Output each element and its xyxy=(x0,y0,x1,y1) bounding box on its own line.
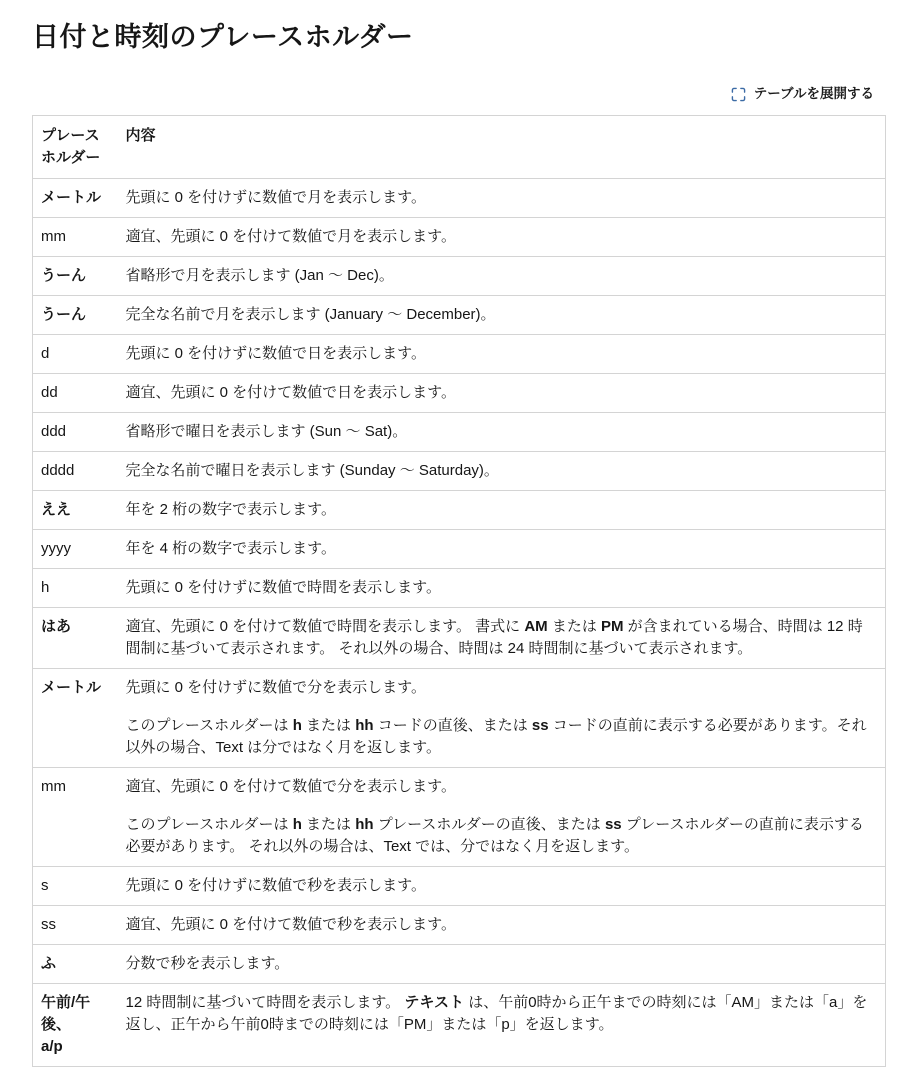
content-cell: 分数で秒を表示します。 xyxy=(118,945,886,984)
table-row: はあ適宜、先頭に 0 を付けて数値で時間を表示します。 書式に AM または P… xyxy=(33,608,886,669)
table-row: 午前/午後、 a/p12 時間制に基づいて時間を表示します。 テキスト は、午前… xyxy=(33,984,886,1067)
placeholder-cell: はあ xyxy=(33,608,118,669)
placeholder-cell: mm xyxy=(33,768,118,867)
expand-table-button[interactable]: テーブルを展開する xyxy=(731,84,886,104)
table-row: うーん完全な名前で月を表示します (January ～ December)。 xyxy=(33,296,886,335)
placeholder-cell: dddd xyxy=(33,452,118,491)
page-title: 日付と時刻のプレースホルダー xyxy=(32,20,886,54)
content-cell: 完全な名前で月を表示します (January ～ December)。 xyxy=(118,296,886,335)
table-row: d先頭に 0 を付けずに数値で日を表示します。 xyxy=(33,335,886,374)
table-row: mm適宜、先頭に 0 を付けて数値で月を表示します。 xyxy=(33,218,886,257)
content-cell: 先頭に 0 を付けずに数値で日を表示します。 xyxy=(118,335,886,374)
table-row: mm適宜、先頭に 0 を付けて数値で分を表示します。このプレースホルダーは h … xyxy=(33,768,886,867)
table-row: ss適宜、先頭に 0 を付けて数値で秒を表示します。 xyxy=(33,906,886,945)
table-body: メートル先頭に 0 を付けずに数値で月を表示します。mm適宜、先頭に 0 を付け… xyxy=(33,179,886,1067)
page: 日付と時刻のプレースホルダー テーブルを展開する プレースホルダー 内容 メート… xyxy=(0,0,910,1067)
placeholder-cell: 午前/午後、 a/p xyxy=(33,984,118,1067)
content-cell: 12 時間制に基づいて時間を表示します。 テキスト は、午前0時から正午までの時… xyxy=(118,984,886,1067)
table-row: ddd省略形で曜日を表示します (Sun ～ Sat)。 xyxy=(33,413,886,452)
placeholders-table: プレースホルダー 内容 メートル先頭に 0 を付けずに数値で月を表示します。mm… xyxy=(32,115,886,1067)
header-content-column: 内容 xyxy=(118,116,886,179)
table-row: dd適宜、先頭に 0 を付けて数値で日を表示します。 xyxy=(33,374,886,413)
table-row: s先頭に 0 を付けずに数値で秒を表示します。 xyxy=(33,867,886,906)
placeholder-cell: うーん xyxy=(33,257,118,296)
content-cell: 先頭に 0 を付けずに数値で秒を表示します。 xyxy=(118,867,886,906)
table-row: メートル先頭に 0 を付けずに数値で分を表示します。このプレースホルダーは h … xyxy=(33,669,886,768)
content-cell: 先頭に 0 を付けずに数値で月を表示します。 xyxy=(118,179,886,218)
content-cell: 完全な名前で曜日を表示します (Sunday ～ Saturday)。 xyxy=(118,452,886,491)
placeholder-cell: ええ xyxy=(33,491,118,530)
content-cell: 適宜、先頭に 0 を付けて数値で日を表示します。 xyxy=(118,374,886,413)
placeholder-cell: dd xyxy=(33,374,118,413)
table-header-row: プレースホルダー 内容 xyxy=(33,116,886,179)
placeholder-cell: mm xyxy=(33,218,118,257)
placeholder-cell: ddd xyxy=(33,413,118,452)
table-row: ふ分数で秒を表示します。 xyxy=(33,945,886,984)
table-row: ええ年を 2 桁の数字で表示します。 xyxy=(33,491,886,530)
content-cell: 省略形で月を表示します (Jan ～ Dec)。 xyxy=(118,257,886,296)
placeholder-cell: yyyy xyxy=(33,530,118,569)
content-cell: 適宜、先頭に 0 を付けて数値で秒を表示します。 xyxy=(118,906,886,945)
content-cell: 先頭に 0 を付けずに数値で時間を表示します。 xyxy=(118,569,886,608)
placeholder-cell: メートル xyxy=(33,179,118,218)
placeholder-cell: h xyxy=(33,569,118,608)
content-cell: 年を 2 桁の数字で表示します。 xyxy=(118,491,886,530)
placeholder-cell: メートル xyxy=(33,669,118,768)
placeholder-cell: s xyxy=(33,867,118,906)
table-row: うーん省略形で月を表示します (Jan ～ Dec)。 xyxy=(33,257,886,296)
content-cell: 適宜、先頭に 0 を付けて数値で月を表示します。 xyxy=(118,218,886,257)
expand-corners-icon xyxy=(731,87,746,102)
content-cell: 省略形で曜日を表示します (Sun ～ Sat)。 xyxy=(118,413,886,452)
content-cell: 先頭に 0 を付けずに数値で分を表示します。このプレースホルダーは h または … xyxy=(118,669,886,768)
placeholder-cell: うーん xyxy=(33,296,118,335)
expand-table-label: テーブルを展開する xyxy=(754,84,874,104)
table-row: メートル先頭に 0 を付けずに数値で月を表示します。 xyxy=(33,179,886,218)
header-placeholder-column: プレースホルダー xyxy=(33,116,118,179)
expand-table-row: テーブルを展開する xyxy=(32,84,886,104)
table-row: yyyy年を 4 桁の数字で表示します。 xyxy=(33,530,886,569)
placeholder-cell: d xyxy=(33,335,118,374)
placeholder-cell: ss xyxy=(33,906,118,945)
content-cell: 年を 4 桁の数字で表示します。 xyxy=(118,530,886,569)
table-row: h先頭に 0 を付けずに数値で時間を表示します。 xyxy=(33,569,886,608)
content-cell: 適宜、先頭に 0 を付けて数値で時間を表示します。 書式に AM または PM … xyxy=(118,608,886,669)
table-row: dddd完全な名前で曜日を表示します (Sunday ～ Saturday)。 xyxy=(33,452,886,491)
content-cell: 適宜、先頭に 0 を付けて数値で分を表示します。このプレースホルダーは h また… xyxy=(118,768,886,867)
placeholder-cell: ふ xyxy=(33,945,118,984)
